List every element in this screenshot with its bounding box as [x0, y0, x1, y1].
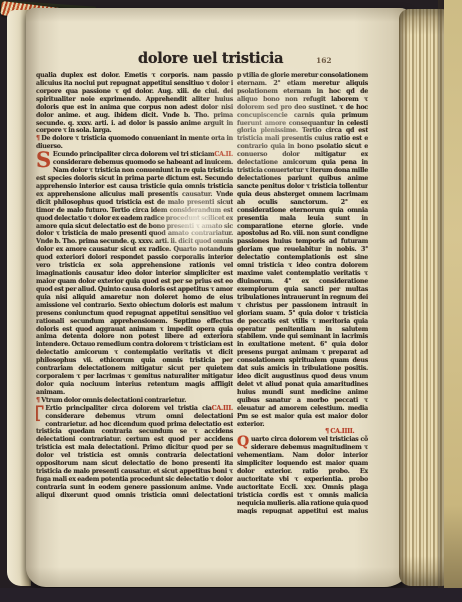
text-column-left: qualia duplex est dolor. Emetis τ corpor… [36, 72, 233, 500]
book-photo: dolore uel tristicia 162 qualia duplex e… [0, 0, 462, 602]
body-paragraph: p vtilia de glorie meretur consolationem… [237, 72, 368, 428]
text-column-right: p vtilia de glorie meretur consolationem… [237, 72, 368, 514]
chapter-lead: Ecundo principaliter circa dolorem vel t… [53, 151, 189, 158]
chapter-label: CA.IIII. [330, 428, 354, 435]
chapter-lead: uarto circa dolorem vel tristicias cõ [251, 436, 368, 443]
red-initial-s: S [36, 151, 53, 167]
folio-number: 162 [316, 56, 332, 65]
pilcrow-mark: ¶ [325, 428, 329, 435]
pilcrow-mark: ¶ [36, 135, 40, 142]
rubric-line: ¶De dolore τ tristicia quomodo conuenian… [36, 135, 233, 151]
chapter-3: TCA.III.Ertio principaliter circa dolore… [36, 405, 233, 500]
chapter-body: cia considerare debemus vtrum omni delec… [36, 405, 233, 500]
book-board-edge [444, 0, 462, 594]
intro-paragraph: qualia duplex est dolor. Emetis τ corpor… [36, 72, 233, 135]
table-surface [0, 588, 462, 602]
chapter-lead: Ertio principaliter circa dolorem vel tr… [45, 405, 197, 412]
rubric-line: ¶Vtrum dolor omnis delectationi contrari… [36, 397, 233, 405]
red-initial-t: T [36, 405, 45, 421]
chapter-label: CA.II. [214, 151, 233, 159]
rubric-text: De dolore τ tristicia quomodo conueniant… [36, 135, 233, 150]
chapter-2: SCA.II.Ecundo principaliter circa dolore… [36, 151, 233, 397]
running-title: dolore uel tristicia [138, 50, 328, 67]
chapter-label: CA.III. [212, 405, 233, 413]
red-initial-q: Q [237, 436, 251, 448]
pilcrow-mark: ¶ [36, 397, 40, 404]
chapter-body: sticiam considerare debemus quomodo se h… [36, 151, 233, 396]
chapter-body: siderare debemus magnitudinem τ vehement… [237, 444, 368, 514]
rubric-text: Vtrum dolor omnis delectationi contrarie… [41, 397, 186, 404]
book-page: dolore uel tristicia 162 qualia duplex e… [26, 8, 414, 587]
chapter-4: Quarto circa dolorem vel tristicias cõ s… [237, 436, 368, 514]
